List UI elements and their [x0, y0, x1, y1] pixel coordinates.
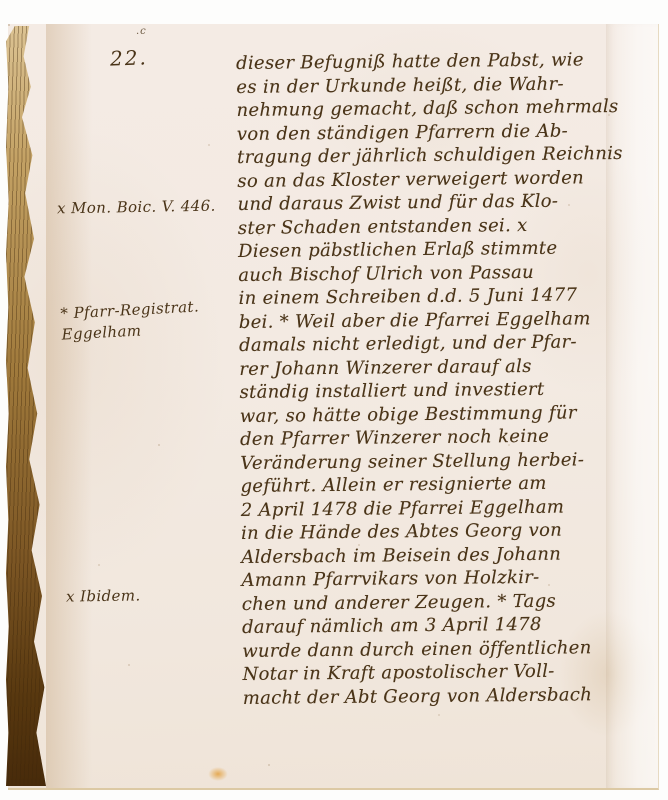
text-line: tragung der jährlich schuldigen Reichnis [237, 142, 649, 170]
text-line: nehmung gemacht, daß schon mehrmals [236, 95, 648, 123]
margin-note-mon-boica: x Mon. Boic. V. 446. [57, 197, 216, 218]
page-number: 22. [110, 45, 149, 70]
body-text: dieser Befugniß hatte den Pabst, wie es … [236, 48, 655, 710]
text-line: macht der Abt Georg von Aldersbach [243, 682, 655, 710]
margin-note-ibidem: x Ibidem. [66, 586, 141, 605]
left-edge-shading [46, 24, 92, 788]
text-line: bei. * Weil aber die Pfarrei Eggelham [239, 306, 651, 334]
corner-mark: .c [136, 26, 147, 37]
paper-speckles [8, 24, 10, 26]
manuscript-scan: .c 22. x Mon. Boic. V. 446. * Pfarr-Regi… [0, 0, 668, 800]
margin-note-pfarr-registratur: * Pfarr-Registrat. Eggelham [60, 296, 201, 345]
